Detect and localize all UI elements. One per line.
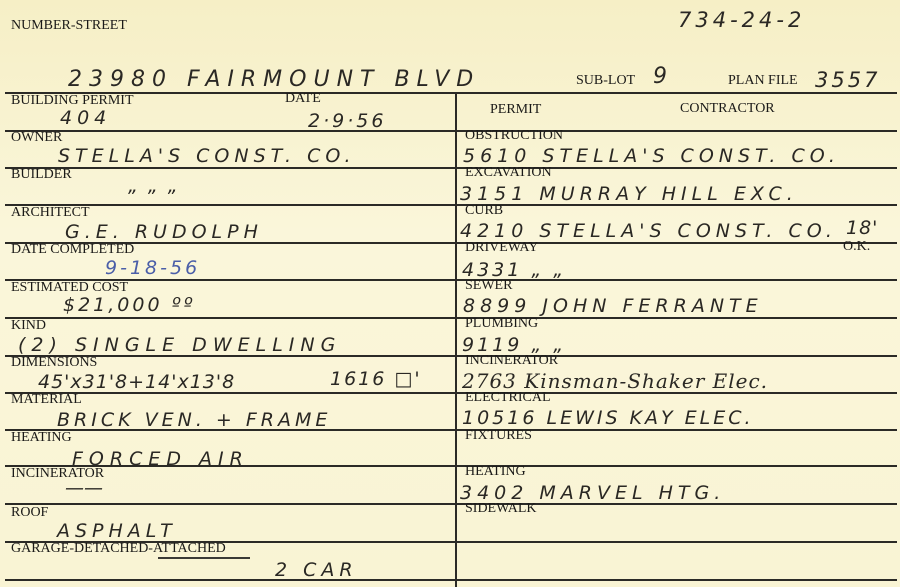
date-completed-value: 9-18-56 — [105, 258, 200, 278]
area-value: 1616 □' — [330, 369, 422, 389]
reference-number: 734-24-2 — [678, 10, 805, 30]
builder-value: „ „ „ — [128, 176, 180, 196]
divider — [5, 92, 897, 94]
material-value: BRICK VEN. + FRAME — [57, 410, 331, 430]
date-label: DATE — [285, 92, 321, 106]
heating-permit-value: 3402 MARVEL HTG. — [460, 483, 725, 503]
curb-label: CURB — [465, 204, 503, 218]
roof-label: ROOF — [11, 506, 48, 520]
driveway-value: 4331 „ „ — [462, 260, 566, 280]
sidewalk-label: SIDEWALK — [465, 502, 537, 516]
plumbing-value: 9119 „ „ — [462, 335, 566, 355]
divider — [5, 167, 897, 169]
estimated-cost-label: ESTIMATED COST — [11, 281, 128, 295]
plumbing-label: PLUMBING — [465, 317, 538, 331]
divider — [5, 317, 897, 319]
dimensions-label: DIMENSIONS — [11, 356, 97, 370]
curb-note: 18' — [846, 218, 878, 238]
architect-label: ARCHITECT — [11, 206, 90, 220]
plan-file-label: PLAN FILE — [728, 74, 798, 88]
sewer-label: SEWER — [465, 279, 512, 293]
excavation-value: 3151 MURRAY HILL EXC. — [460, 184, 798, 204]
divider — [5, 503, 897, 505]
architect-value: G.E. RUDOLPH — [65, 222, 263, 242]
contractor-header: CONTRACTOR — [680, 102, 775, 116]
permit-card: NUMBER-STREET 734-24-2 23980 FAIRMOUNT B… — [0, 0, 900, 587]
sublot-value: 9 — [653, 67, 672, 87]
permit-header: PERMIT — [490, 103, 541, 117]
heating-permit-label: HEATING — [465, 465, 526, 479]
address-value: 23980 FAIRMOUNT BLVD — [68, 70, 480, 90]
garage-label: GARAGE-DETACHED-ATTACHED — [11, 542, 226, 556]
material-label: MATERIAL — [11, 393, 82, 407]
plan-file-value: 3557 — [815, 70, 880, 90]
obstruction-label: OBSTRUCTION — [465, 129, 563, 143]
column-divider — [455, 92, 457, 587]
attached-underline — [158, 557, 250, 559]
sublot-label: SUB-LOT — [576, 74, 635, 88]
kind-label: KIND — [11, 319, 46, 333]
building-permit-value: 404 — [60, 108, 111, 128]
owner-label: OWNER — [11, 131, 62, 145]
incinerator-value: —— — [65, 478, 103, 498]
builder-label: BUILDER — [11, 168, 72, 182]
fixtures-label: FIXTURES — [465, 429, 532, 443]
curb-ok: O.K. — [843, 240, 870, 254]
owner-value: STELLA'S CONST. CO. — [58, 146, 356, 166]
garage-value: 2 CAR — [275, 560, 358, 580]
building-permit-label: BUILDING PERMIT — [11, 94, 134, 108]
sewer-value: 8899 JOHN FERRANTE — [463, 296, 763, 316]
roof-value: ASPHALT — [57, 521, 177, 541]
divider — [5, 279, 897, 281]
electrical-value: 10516 LEWIS KAY ELEC. — [462, 408, 754, 428]
date-completed-label: DATE COMPLETED — [11, 243, 134, 257]
date-value: 2·9·56 — [308, 111, 386, 131]
kind-value: (2) SINGLE DWELLING — [18, 335, 341, 355]
divider — [5, 579, 897, 581]
incinerator-permit-value: 2763 Kinsman-Shaker Elec. — [462, 371, 768, 391]
driveway-label: DRIVEWAY — [465, 241, 538, 255]
excavation-label: EXCAVATION — [465, 166, 552, 180]
heating-label: HEATING — [11, 431, 72, 445]
estimated-cost-value: $21,000 ºº — [63, 295, 196, 315]
electrical-label: ELECTRICAL — [465, 391, 551, 405]
dimensions-value: 45'x31'8+14'x13'8 — [38, 372, 235, 392]
number-street-label: NUMBER-STREET — [11, 19, 127, 33]
obstruction-value: 5610 STELLA'S CONST. CO. — [463, 146, 840, 166]
divider — [5, 130, 897, 132]
incinerator-permit-label: INCINERATOR — [465, 354, 558, 368]
curb-value: 4210 STELLA'S CONST. CO. — [460, 221, 837, 241]
